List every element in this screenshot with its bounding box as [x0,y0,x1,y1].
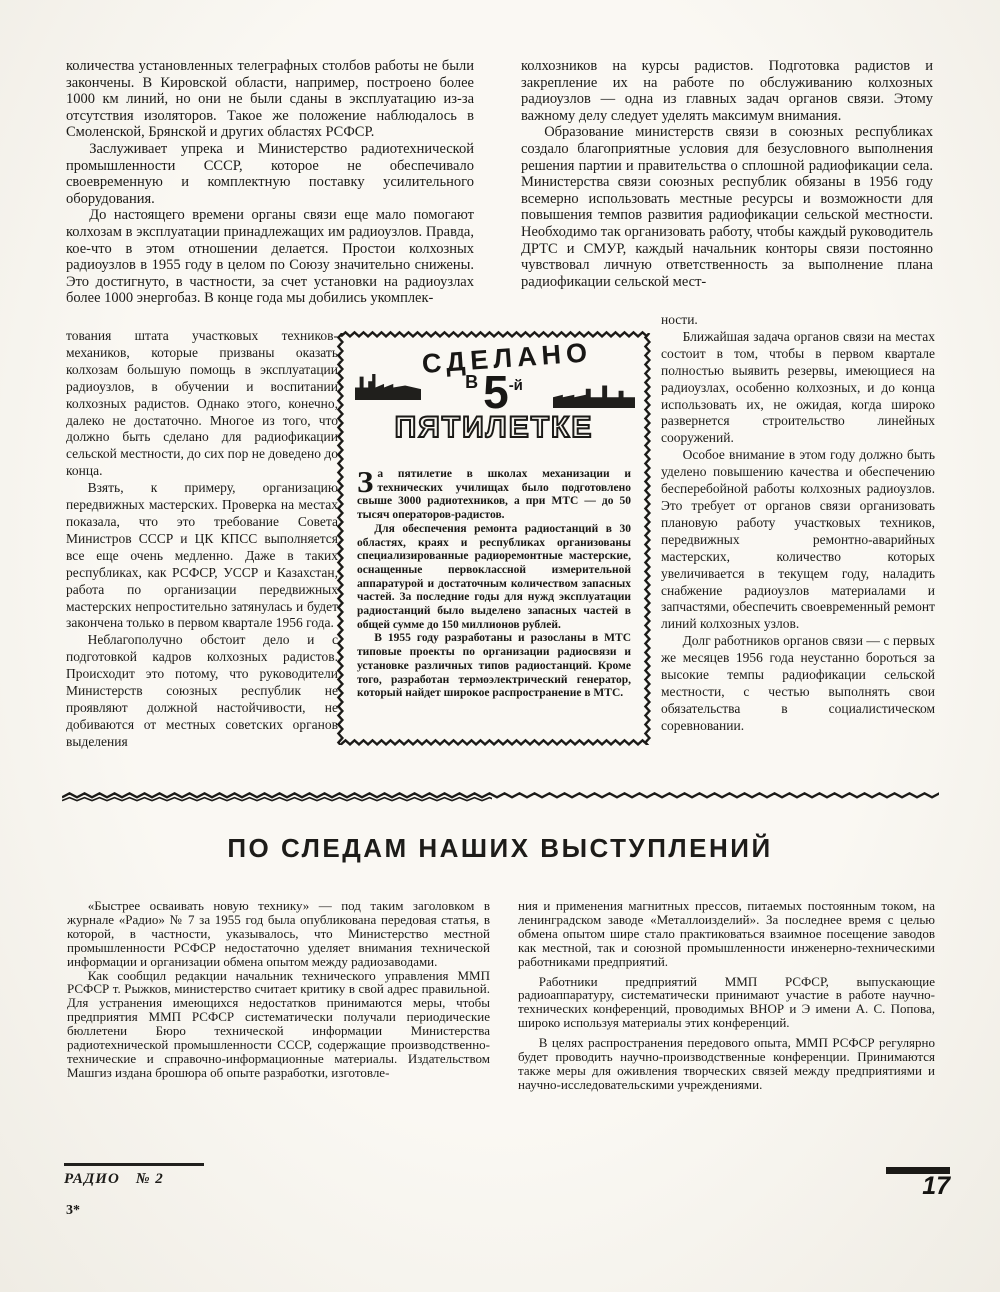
paragraph: Ближайшая задача органов связи на местах… [661,329,935,447]
sdelano-logo: СДЕЛАНО В5-й ПЯТИЛЕТКЕ [357,344,631,462]
box-border-bottom-wave [341,738,647,747]
sdelano-v-pyatiletke-box: СДЕЛАНО В5-й ПЯТИЛЕТКЕ За пятилетие в шк… [344,336,644,740]
paragraph: В 1955 году разработаны и разосланы в МТ… [357,632,631,701]
paragraph: Неблагополучно обстоит дело и с подготов… [66,632,338,750]
paragraph: В целях распространения передового опыта… [518,1036,935,1092]
journal-imprint: РАДИО№ 2 [64,1171,164,1188]
wavy-divider-echo [62,796,492,802]
magazine-page-scan: количества установленных телеграфных сто… [0,0,1000,1292]
footnote-rule [64,1163,204,1166]
paragraph: Как сообщил редакции начальник техническ… [67,969,490,1080]
logo-suffix-y: -й [509,377,523,394]
paragraph: Долг работников органов связи — с первых… [661,633,935,734]
drop-cap: З [357,469,373,495]
page-number: 17 [886,1172,950,1201]
paragraph: ности. [661,312,935,329]
paragraph: За пятилетие в школах механизации и техн… [357,468,631,523]
paragraph: Заслуживает упрека и Министерство радиот… [66,141,474,207]
section-heading: ПО СЛЕДАМ НАШИХ ВЫСТУПЛЕНИЙ [0,833,1000,864]
paragraph: Взять, к примеру, организацию передвижны… [66,480,338,632]
followup-right-column: ния и применения магнитных прессов, пита… [518,899,935,1161]
paragraph: Работники предприятий ММП РСФСР, выпуска… [518,975,935,1031]
box-text: За пятилетие в школах механизации и техн… [357,468,631,701]
journal-issue: № 2 [136,1171,164,1187]
paragraph: количества установленных телеграфных сто… [66,58,474,141]
lead-right-column-lower: ности.Ближайшая задача органов связи на … [661,312,935,760]
box-content: СДЕЛАНО В5-й ПЯТИЛЕТКЕ За пятилетие в шк… [357,344,631,732]
logo-word-v: В [465,372,478,392]
paragraph: «Быстрее осваивать новую технику» — под … [67,899,490,969]
paragraph: До настоящего времени органы связи еще м… [66,207,474,307]
paragraph-text: а пятилетие в школах механизации и техни… [357,468,631,521]
paragraph: Особое внимание в этом году должно быть … [661,447,935,633]
paragraph: ния и применения магнитных прессов, пита… [518,899,935,969]
box-border-right-wave [643,333,652,745]
box-border-left-wave [336,333,345,745]
paragraph: Для обеспечения ремонта радиостанций в 3… [357,523,631,633]
lead-right-column-upper: колхозников на курсы радистов. Подготовк… [521,58,933,326]
paragraph: колхозников на курсы радистов. Подготовк… [521,58,933,124]
journal-name: РАДИО [64,1171,120,1187]
printers-mark: 3* [66,1203,80,1219]
lead-left-column-upper: количества установленных телеграфных сто… [66,58,474,342]
lead-left-column-lower: тования штата участковых техников-механи… [66,328,338,760]
paragraph: тования штата участковых техников-механи… [66,328,338,480]
box-paragraphs: Для обеспечения ремонта радиостанций в 3… [357,523,631,701]
logo-digit-5: 5 [483,366,509,418]
followup-left-column: «Быстрее осваивать новую технику» — под … [67,899,490,1161]
paragraph: Образование министерств связи в союзных … [521,124,933,290]
